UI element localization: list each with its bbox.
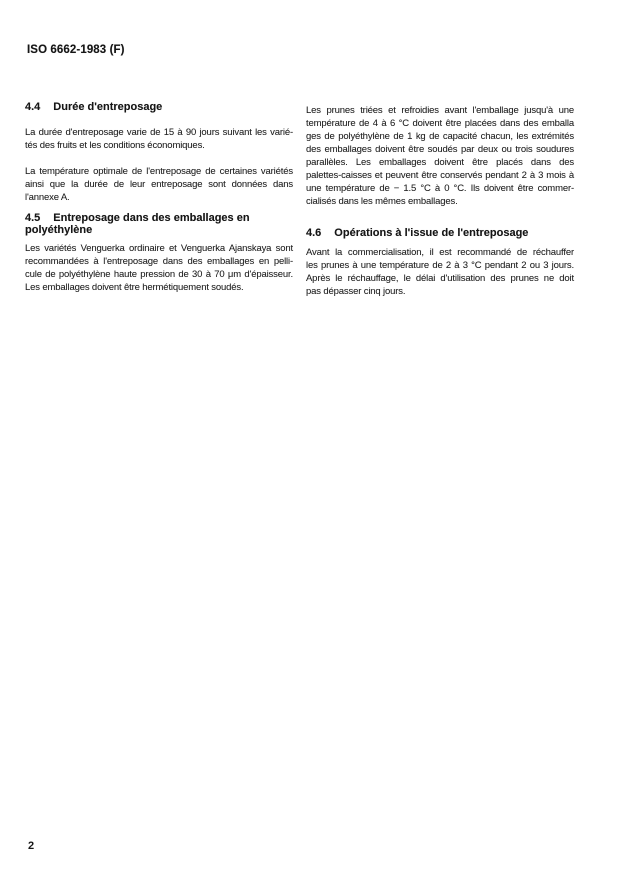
paragraph: Les prunes triées et refroidies avant l'… [306, 104, 574, 208]
text-line: Les variétés Venguerka ordinaire et Veng… [25, 242, 293, 255]
section-heading-4-5: 4.5Entreposage dans des emballages en po… [25, 212, 293, 237]
section-number: 4.5 [25, 212, 40, 224]
text-line: pas dépasser cinq jours. [306, 285, 574, 298]
text-line: Après le réchauffage, le délai d'utilisa… [306, 272, 574, 285]
text-line: Avant la commercialisation, il est recom… [306, 246, 574, 259]
section-heading-4-6: 4.6Opérations à l'issue de l'entreposage [306, 227, 574, 240]
paragraph: Les variétés Venguerka ordinaire et Veng… [25, 242, 293, 294]
left-column: 4.4Durée d'entreposage La durée d'entrep… [25, 101, 293, 298]
page-content: 4.4Durée d'entreposage La durée d'entrep… [25, 101, 574, 298]
document-page: ISO 6662-1983 (F) 4.4Durée d'entreposage… [0, 0, 620, 876]
text-line: tés des fruits et les conditions économi… [25, 139, 293, 152]
document-reference: ISO 6662-1983 (F) [27, 44, 125, 56]
text-line: Les prunes triées et refroidies avant l'… [306, 104, 574, 117]
section-title: Entreposage dans des emballages en polyé… [25, 212, 250, 237]
text-line: température de 4 à 6 °C doivent être pla… [306, 117, 574, 130]
section-heading-4-4: 4.4Durée d'entreposage [25, 101, 293, 114]
text-line: ges de polyéthylène de 1 kg de capacité … [306, 130, 574, 143]
text-line: parallèles. Les emballages doivent être … [306, 156, 574, 169]
right-column: Les prunes triées et refroidies avant l'… [306, 101, 574, 298]
text-line: l'annexe A. [25, 191, 293, 204]
section-number: 4.4 [25, 101, 40, 113]
text-line: cialisés dans les mêmes emballages. [306, 195, 574, 208]
paragraph: La durée d'entreposage varie de 15 à 90 … [25, 126, 293, 152]
page-number: 2 [28, 840, 34, 852]
text-line: Les emballages doivent être hermétiqueme… [25, 281, 293, 294]
text-line: recommandées à l'entreposage dans des em… [25, 255, 293, 268]
section-title: Opérations à l'issue de l'entreposage [334, 227, 528, 239]
text-line: des emballages doivent être soudés par d… [306, 143, 574, 156]
text-line: cule de polyéthylène haute pression de 3… [25, 268, 293, 281]
paragraph: Avant la commercialisation, il est recom… [306, 246, 574, 298]
text-line: ainsi que la durée de leur entreposage s… [25, 178, 293, 191]
text-line: les prunes à une température de 2 à 3 °C… [306, 259, 574, 272]
text-line: La température optimale de l'entreposage… [25, 165, 293, 178]
text-line: une température de − 1.5 °C à 0 °C. Ils … [306, 182, 574, 195]
section-title: Durée d'entreposage [53, 101, 162, 113]
paragraph: La température optimale de l'entreposage… [25, 165, 293, 204]
text-line: palettes-caisses et peuvent être conserv… [306, 169, 574, 182]
text-line: La durée d'entreposage varie de 15 à 90 … [25, 126, 293, 139]
section-number: 4.6 [306, 227, 321, 239]
